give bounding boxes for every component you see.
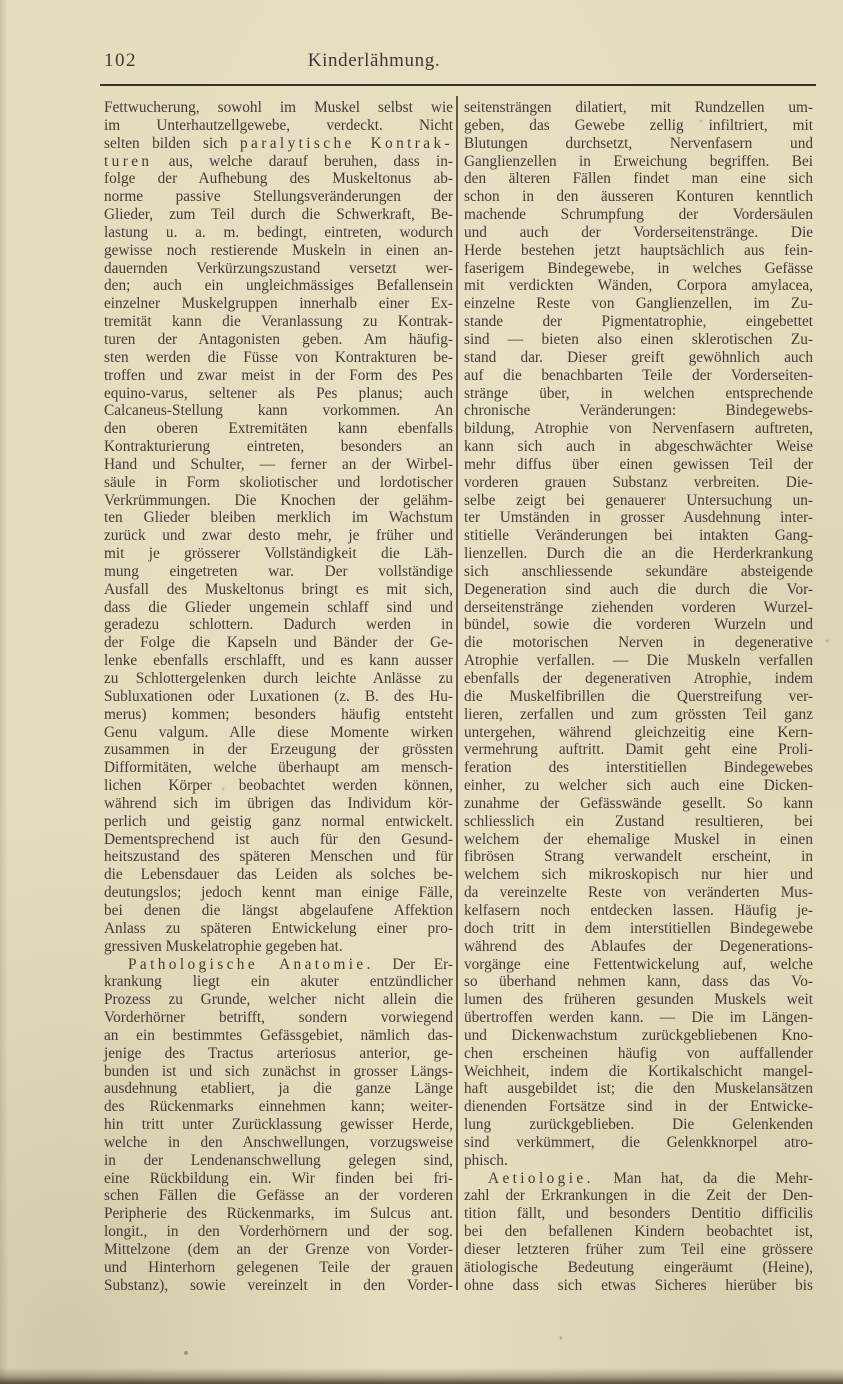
text-segment: einher, zu welcher sich auch eine Dicken… [464,777,813,794]
text-line: der Folge die Kapseln und Bänder der Ge- [104,634,453,652]
text-segment: Blutungen durchsetzt, Nervenfasern und [464,135,813,152]
text-segment: Calcaneus-Stellung kann vorkommen. An [104,402,453,419]
text-line: perlich und geistig ganz normal entwicke… [104,813,453,831]
text-segment: sind verkümmert, die Gelenkknorpel atro- [464,1134,813,1151]
letterspaced-term: Aetiologie. [488,1170,594,1187]
text-line: welche in den Anschwellungen, vorzugswei… [104,1134,453,1152]
text-segment: Degeneration sind auch die durch die Vor… [464,581,813,598]
text-line: Substanz), sowie vereinzelt in den Vorde… [104,1277,453,1295]
text-segment: tremität kann die Veranlassung zu Kontra… [104,313,453,330]
text-line: folge der Aufhebung des Muskeltonus ab- [104,170,453,188]
text-line: deutungslos; jedoch kennt man einige Fäl… [104,884,453,902]
text-segment: haft ausgebildet ist; die den Muskelansä… [464,1080,813,1097]
text-segment: untergehen, während gleichzeitig eine Ke… [464,724,813,741]
text-segment: Fettwucherung, sowohl im Muskel selbst w… [104,99,453,116]
text-segment: Der Er- [374,956,453,973]
text-line: bündel, sowie die vorderen Wurzeln und [464,616,813,634]
text-line: faserigem Bindegewebe, in welches Gefäss… [464,260,813,278]
text-line: turen aus, welche darauf beruhen, dass i… [104,153,453,171]
text-line: bildung, Atrophie von Nervenfasern auftr… [464,420,813,438]
text-segment: heitszustand des späteren Menschen und f… [104,848,453,865]
page-edge-shadow-left [0,0,8,1384]
text-line: Vorderhörner betrifft, sondern vorwiegen… [104,1009,453,1027]
text-line: eine Rückbildung ein. Wir finden bei fri… [104,1170,453,1188]
text-line: schliesslich ein Zustand resultieren, be… [464,813,813,831]
text-line: chronische Veränderungen: Bindegewebs- [464,402,813,420]
text-segment: der Folge die Kapseln und Bänder der Ge- [104,634,453,651]
text-segment: bildung, Atrophie von Nervenfasern auftr… [464,420,813,437]
text-segment: ätiologische Bedeutung eingeräumt (Heine… [464,1259,813,1276]
text-segment: Atrophie verfallen. — Die Muskeln verfal… [464,652,813,669]
text-line: einher, zu welcher sich auch eine Dicken… [464,777,813,795]
text-line: merus) kommen; besonders häufig entsteht [104,706,453,724]
text-segment: derseitenstränge ziehenden vorderen Wurz… [464,599,813,616]
text-line: die Muskelfibrillen die Querstreifung ve… [464,688,813,706]
text-segment: folge der Aufhebung des Muskeltonus ab- [104,170,453,187]
text-line: machende Schrumpfung der Vordersäulen [464,206,813,224]
text-line: die motorischen Nerven in degenerative [464,634,813,652]
text-line: Dementsprechend ist auch für den Gesund- [104,831,453,849]
text-line: phisch. [464,1152,813,1170]
text-segment: hin tritt unter Zurücklassung gewisser H… [104,1116,453,1133]
text-segment: Verkrümmungen. Die Knochen der gelähm- [104,492,453,509]
column-left: Fettwucherung, sowohl im Muskel selbst w… [104,99,453,1295]
text-line: dieser letzteren früher zum Teil eine gr… [464,1241,813,1259]
page-edge-shadow-bottom [0,1368,843,1384]
text-line: gewisse noch restierende Muskeln in eine… [104,242,453,260]
text-line: jenige des Tractus arteriosus anterior, … [104,1045,453,1063]
text-line: bei denen die längst abgelaufene Affekti… [104,902,453,920]
text-segment: welchem der ehemalige Muskel in einen [464,831,813,848]
text-segment: Kontrakturierung eintreten, besonders an [104,438,453,455]
text-segment: im Unterhautzellgewebe, verdeckt. Nicht [104,117,453,134]
text-line: welchem der ehemalige Muskel in einen [464,831,813,849]
text-line: sind verkümmert, die Gelenkknorpel atro- [464,1134,813,1152]
text-line: säule in Form skoliotischer und lordotis… [104,474,453,492]
text-line: geben, das Gewebe zellig infiltriert, mi… [464,117,813,135]
text-line: ohne dass sich etwas Sicheres hierüber b… [464,1277,813,1295]
text-segment: zahl der Erkrankungen in die Zeit der De… [464,1187,813,1204]
column-right: seitensträngen dilatiert, mit Rundzellen… [464,99,813,1295]
text-segment: während des Ablaufes der Degenerations- [464,938,813,955]
text-line: Blutungen durchsetzt, Nervenfasern und [464,135,813,153]
text-line: seitensträngen dilatiert, mit Rundzellen… [464,99,813,117]
text-segment: ebenfalls der degenerativen Atrophie, in… [464,670,813,687]
text-segment: norme passive Stellungsveränderungen der [104,188,453,205]
text-segment: dauernden Verkürzungszustand versetzt we… [104,260,453,277]
text-line: dauernden Verkürzungszustand versetzt we… [104,260,453,278]
text-line: stande der Pigmentatrophie, eingebettet [464,313,813,331]
header-rule [100,84,816,86]
text-line: haft ausgebildet ist; die den Muskelansä… [464,1080,813,1098]
text-line: sind — bieten also einen sklerotischen Z… [464,331,813,349]
text-segment: zusammen in der Erzeugung der grössten [104,741,453,758]
text-line: und Dickenwachstum zurückgebliebenen Kno… [464,1027,813,1045]
running-title: Kinderlähmung. [0,50,748,72]
text-line: lumen des früheren gesunden Muskels weit [464,991,813,1009]
text-segment: einzelner Muskelgruppen innerhalb einer … [104,295,453,312]
text-segment: Dementsprechend ist auch für den Gesund- [104,831,453,848]
text-line: Glieder, zum Teil durch die Schwerkraft,… [104,206,453,224]
text-line: Hand und Schulter, — ferner an der Wirbe… [104,456,453,474]
text-segment: Genu valgum. Alle diese Momente wirken [104,724,453,741]
text-segment: ter Umständen in grosser Ausdehnung inte… [464,509,813,526]
text-line: kann sich auch in abgeschwächter Weise [464,438,813,456]
text-line: Weichheit, indem die Kortikalschicht man… [464,1063,813,1081]
text-segment: vorderen grauen Substanz verbreiten. Die… [464,474,813,491]
text-segment: feration des interstitiellen Bindegewebe… [464,759,813,776]
text-segment: Ganglienzellen in Erweichung begriffen. … [464,153,813,170]
text-line: zahl der Erkrankungen in die Zeit der De… [464,1187,813,1205]
text-segment: zurück und zwar desto mehr, je früher un… [104,527,453,544]
text-line: equino-varus, seltener als Pes planus; a… [104,385,453,403]
text-segment: machende Schrumpfung der Vordersäulen [464,206,813,223]
text-line: Ausfall des Muskeltonus bringt es mit si… [104,581,453,599]
text-line: lung zurückgeblieben. Die Gelenkenden [464,1116,813,1134]
text-line: gressiven Muskelatrophie gegeben hat. [104,938,453,956]
text-line: Subluxationen oder Luxationen (z. B. des… [104,688,453,706]
text-line: zusammen in der Erzeugung der grössten [104,741,453,759]
text-line: zunahme der Gefässwände gesellt. So kann [464,795,813,813]
text-segment: stande der Pigmentatrophie, eingebettet [464,313,813,330]
text-segment: fibrösen Strang verwandelt erscheint, in [464,848,813,865]
text-line: an ein bestimmtes Gefässgebiet, nämlich … [104,1027,453,1045]
text-line: da vereinzelte Reste von veränderten Mus… [464,884,813,902]
text-segment: longit., in den Vorderhörnern und der so… [104,1223,453,1240]
text-line: Mittelzone (dem an der Grenze von Vorder… [104,1241,453,1259]
text-line: mit verdickten Wänden, Corpora amylacea, [464,277,813,295]
text-line: mit je grösserer Vollständigkeit die Läh… [104,545,453,563]
text-line: übertroffen werden kann. — Die im Längen… [464,1009,813,1027]
text-line: hin tritt unter Zurücklassung gewisser H… [104,1116,453,1134]
text-line: feration des interstitiellen Bindegewebe… [464,759,813,777]
text-line: den oberen Extremitäten kann ebenfalls [104,420,453,438]
text-segment: gressiven Muskelatrophie gegeben hat. [104,938,343,955]
text-line: des Rückenmarks einnehmen kann; weiter- [104,1098,453,1116]
text-line: selbe zeigt bei genauerer Untersuchung u… [464,492,813,510]
text-line: turen der Antagonisten geben. Am häufig- [104,331,453,349]
text-line: vorderen grauen Substanz verbreiten. Die… [464,474,813,492]
text-line: norme passive Stellungsveränderungen der [104,188,453,206]
text-line: stand dar. Dieser greift gewöhnlich auch [464,349,813,367]
text-line: dass die Glieder ungemein schlaff sind u… [104,599,453,617]
text-segment: bei denen die längst abgelaufene Affekti… [104,902,453,919]
text-segment: jenige des Tractus arteriosus anterior, … [104,1045,453,1062]
text-segment: gewisse noch restierende Muskeln in eine… [104,242,453,259]
text-segment: bündel, sowie die vorderen Wurzeln und [464,616,813,633]
text-segment: sten werden die Füsse von Kontrakturen b… [104,349,453,366]
book-page: 102 Kinderlähmung. Fettwucherung, sowohl… [0,0,843,1384]
text-segment: und Dickenwachstum zurückgebliebenen Kno… [464,1027,813,1044]
text-line: chen erscheinen häufig von auffallender [464,1045,813,1063]
text-segment: schliesslich ein Zustand resultieren, be… [464,813,813,830]
text-line: Ganglienzellen in Erweichung begriffen. … [464,153,813,171]
text-segment: vermehrung auftritt. Damit geht eine Pro… [464,741,813,758]
text-line: ten Glieder bleiben merklich im Wachstum [104,509,453,527]
text-segment: und auch der Vorderseitenstränge. Die [464,224,813,241]
text-segment: Substanz), sowie vereinzelt in den Vorde… [104,1277,453,1294]
text-line: mehr diffus über einen gewissen Teil der [464,456,813,474]
text-segment: chen erscheinen häufig von auffallender [464,1045,813,1062]
text-segment: selten bilden sich [104,135,240,152]
text-segment: lenke ebenfalls erschlafft, und es kann … [104,652,453,669]
text-segment: geben, das Gewebe zellig infiltriert, mi… [464,117,813,134]
text-segment: Ausfall des Muskeltonus bringt es mit si… [104,581,453,598]
text-line: einzelner Muskelgruppen innerhalb einer … [104,295,453,313]
text-line: Difformitäten, welche überhaupt am mensc… [104,759,453,777]
text-segment: deutungslos; jedoch kennt man einige Fäl… [104,884,453,901]
text-segment: tition fällt, und besonders Dentitio dif… [464,1205,813,1222]
text-segment: schon in den äusseren Konturen kenntlich [464,188,813,205]
text-line: mung eingetreten war. Der vollständige [104,563,453,581]
text-segment: turen der Antagonisten geben. Am häufig- [104,331,453,348]
text-segment: phisch. [464,1152,508,1169]
text-line: auf die benachbarten Teile der Vordersei… [464,367,813,385]
text-segment: Glieder, zum Teil durch die Schwerkraft,… [104,206,453,223]
text-line: geradezu schlottern. Dadurch werden in [104,616,453,634]
text-line: in der Lendenanschwellung gelegen sind, [104,1152,453,1170]
text-line: vorgänge eine Fettentwickelung auf, welc… [464,956,813,974]
text-line: lichen Körper beobachtet werden können, [104,777,453,795]
text-line: fibrösen Strang verwandelt erscheint, in [464,848,813,866]
text-line: ebenfalls der degenerativen Atrophie, in… [464,670,813,688]
text-segment: mit je grösserer Vollständigkeit die Läh… [104,545,453,562]
text-segment: die Lebensdauer das Leiden als solches b… [104,866,453,883]
text-segment: Vorderhörner betrifft, sondern vorwiegen… [104,1009,453,1026]
text-segment: perlich und geistig ganz normal entwicke… [104,813,453,830]
text-segment: den; auch ein ungleichmässiges Befallens… [104,277,453,294]
text-line: lienzellen. Durch die an die Herderkrank… [464,545,813,563]
text-segment: vorgänge eine Fettentwickelung auf, welc… [464,956,813,973]
text-line: schon in den äusseren Konturen kenntlich [464,188,813,206]
text-line: bei den befallenen Kindern beobachtet is… [464,1223,813,1241]
text-line: krankung liegt ein akuter entzündlicher [104,973,453,991]
text-segment: Weichheit, indem die Kortikalschicht man… [464,1063,813,1080]
text-segment: aus, welche darauf beruhen, dass in- [152,153,453,170]
text-segment: chronische Veränderungen: Bindegewebs- [464,402,813,419]
text-segment: equino-varus, seltener als Pes planus; a… [104,385,453,402]
text-line: und auch der Vorderseitenstränge. Die [464,224,813,242]
text-line: Fettwucherung, sowohl im Muskel selbst w… [104,99,453,117]
text-line: longit., in den Vorderhörnern und der so… [104,1223,453,1241]
text-segment: schen Fällen die Gefässe an der vorderen [104,1187,453,1204]
text-segment: kelfasern noch entdecken lassen. Häufig … [464,902,813,919]
text-line: ter Umständen in grosser Ausdehnung inte… [464,509,813,527]
paper-specks [0,0,2,2]
text-line: Aetiologie. Man hat, da die Mehr- [464,1170,813,1188]
text-segment: Peripherie des Rückenmarks, im Sulcus an… [104,1205,453,1222]
text-line: heitszustand des späteren Menschen und f… [104,848,453,866]
text-line: kelfasern noch entdecken lassen. Häufig … [464,902,813,920]
text-segment: mit verdickten Wänden, Corpora amylacea, [464,277,813,294]
text-line: stitielle Veränderungen bei intakten Gan… [464,527,813,545]
column-divider [456,96,458,1290]
text-segment: stand dar. Dieser greift gewöhnlich auch [464,349,813,366]
text-segment: dieser letzteren früher zum Teil eine gr… [464,1241,813,1258]
text-segment: Prozess zu Grunde, welcher nicht allein … [104,991,453,1008]
text-line: sten werden die Füsse von Kontrakturen b… [104,349,453,367]
text-segment: und Hinterhorn gelegenen Teile der graue… [104,1259,453,1276]
text-line: schen Fällen die Gefässe an der vorderen [104,1187,453,1205]
text-line: Kontrakturierung eintreten, besonders an [104,438,453,456]
text-segment: einzelne Reste von Ganglienzellen, im Zu… [464,295,813,312]
text-segment: ten Glieder bleiben merklich im Wachstum [104,509,453,526]
text-segment: bei den befallenen Kindern beobachtet is… [464,1223,813,1240]
text-segment: an ein bestimmtes Gefässgebiet, nämlich … [104,1027,453,1044]
text-segment: kann sich auch in abgeschwächter Weise [464,438,813,455]
letterspaced-term: Pathologische Anatomie. [128,956,374,973]
text-segment: doch tritt in dem interstitiellen Bindeg… [464,920,813,937]
text-segment: lumen des früheren gesunden Muskels weit [464,991,813,1008]
text-line: einzelne Reste von Ganglienzellen, im Zu… [464,295,813,313]
text-line: den älteren Fällen findet man eine sich [464,170,813,188]
text-segment: lieren, zerfallen und zum grössten Teil … [464,706,813,723]
letterspaced-term: paralytische Kontrak- [240,135,453,152]
text-line: dienenden Fortsätze sind in der Entwicke… [464,1098,813,1116]
text-segment: geradezu schlottern. Dadurch werden in [104,616,453,633]
text-line: Pathologische Anatomie. Der Er- [104,956,453,974]
text-segment: krankung liegt ein akuter entzündlicher [104,973,453,990]
text-segment: die motorischen Nerven in degenerative [464,634,813,651]
text-segment: Anlass zu späteren Entwickelung einer pr… [104,920,453,937]
text-segment: die Muskelfibrillen die Querstreifung ve… [464,688,813,705]
text-segment: in der Lendenanschwellung gelegen sind, [104,1152,453,1169]
text-line: vermehrung auftritt. Damit geht eine Pro… [464,741,813,759]
text-segment: welche in den Anschwellungen, vorzugswei… [104,1134,453,1151]
text-segment: troffen und zwar meist in der Form des P… [104,367,453,384]
text-line: zu Schlottergelenken durch leichte Anläs… [104,670,453,688]
text-line: Anlass zu späteren Entwickelung einer pr… [104,920,453,938]
text-line: tition fällt, und besonders Dentitio dif… [464,1205,813,1223]
text-line: so überhand nehmen kann, dass das Vo- [464,973,813,991]
text-line: bunden ist und sich zunächst in grosser … [104,1063,453,1081]
text-segment: ohne dass sich etwas Sicheres hierüber b… [464,1277,813,1294]
text-line: doch tritt in dem interstitiellen Bindeg… [464,920,813,938]
text-segment: stitielle Veränderungen bei intakten Gan… [464,527,813,544]
text-line: den; auch ein ungleichmässiges Befallens… [104,277,453,295]
text-line: selten bilden sich paralytische Kontrak- [104,135,453,153]
text-segment: mung eingetreten war. Der vollständige [104,563,453,580]
text-line: Peripherie des Rückenmarks, im Sulcus an… [104,1205,453,1223]
text-segment: dienenden Fortsätze sind in der Entwicke… [464,1098,813,1115]
text-line: ätiologische Bedeutung eingeräumt (Heine… [464,1259,813,1277]
text-line: Genu valgum. Alle diese Momente wirken [104,724,453,742]
text-segment: Man hat, da die Mehr- [594,1170,813,1187]
text-line: während sich im übrigen das Individum kö… [104,795,453,813]
text-segment: Difformitäten, welche überhaupt am mensc… [104,759,453,776]
text-line: zurück und zwar desto mehr, je früher un… [104,527,453,545]
text-line: Degeneration sind auch die durch die Vor… [464,581,813,599]
text-segment: lienzellen. Durch die an die Herderkrank… [464,545,813,562]
text-line: Prozess zu Grunde, welcher nicht allein … [104,991,453,1009]
text-segment: Hand und Schulter, — ferner an der Wirbe… [104,456,453,473]
text-line: ausdehnung etabliert, ja die ganze Länge [104,1080,453,1098]
text-line: lieren, zerfallen und zum grössten Teil … [464,706,813,724]
text-segment: welchem sich mikroskopisch nur hier und [464,866,813,883]
text-segment: übertroffen werden kann. — Die im Längen… [464,1009,813,1026]
text-segment: da vereinzelte Reste von veränderten Mus… [464,884,813,901]
text-line: tremität kann die Veranlassung zu Kontra… [104,313,453,331]
text-segment: bunden ist und sich zunächst in grosser … [104,1063,453,1080]
text-line: untergehen, während gleichzeitig eine Ke… [464,724,813,742]
text-segment: zunahme der Gefässwände gesellt. So kann [464,795,813,812]
text-segment: so überhand nehmen kann, dass das Vo- [464,973,813,990]
text-segment: selbe zeigt bei genauerer Untersuchung u… [464,492,813,509]
letterspaced-term: turen [104,153,152,170]
text-line: Calcaneus-Stellung kann vorkommen. An [104,402,453,420]
text-segment: lichen Körper beobachtet werden können, [104,777,453,794]
text-segment: lastung u. a. m. bedingt, eintreten, wod… [104,224,453,241]
text-segment: stränge über, in welchen entsprechende [464,385,813,402]
text-line: Herde bestehen jetzt hauptsächlich aus f… [464,242,813,260]
text-segment: auf die benachbarten Teile der Vordersei… [464,367,813,384]
text-segment: zu Schlottergelenken durch leichte Anläs… [104,670,453,687]
text-segment: den älteren Fällen findet man eine sich [464,170,813,187]
text-line: im Unterhautzellgewebe, verdeckt. Nicht [104,117,453,135]
text-segment: Herde bestehen jetzt hauptsächlich aus f… [464,242,813,259]
text-segment: merus) kommen; besonders häufig entsteht [104,706,453,723]
text-line: während des Ablaufes der Degenerations- [464,938,813,956]
text-line: lastung u. a. m. bedingt, eintreten, wod… [104,224,453,242]
text-segment: faserigem Bindegewebe, in welches Gefäss… [464,260,813,277]
text-line: Atrophie verfallen. — Die Muskeln verfal… [464,652,813,670]
text-segment: ausdehnung etabliert, ja die ganze Länge [104,1080,453,1097]
text-segment: säule in Form skoliotischer und lordotis… [104,474,453,491]
text-line: lenke ebenfalls erschlafft, und es kann … [104,652,453,670]
text-segment: des Rückenmarks einnehmen kann; weiter- [104,1098,453,1115]
text-segment: sich anschliessende sekundäre absteigend… [464,563,813,580]
text-segment: während sich im übrigen das Individum kö… [104,795,453,812]
text-segment: Mittelzone (dem an der Grenze von Vorder… [104,1241,453,1258]
text-segment: eine Rückbildung ein. Wir finden bei fri… [104,1170,453,1187]
text-segment: Subluxationen oder Luxationen (z. B. des… [104,688,453,705]
text-segment: sind — bieten also einen sklerotischen Z… [464,331,813,348]
text-line: welchem sich mikroskopisch nur hier und [464,866,813,884]
text-segment: seitensträngen dilatiert, mit Rundzellen… [464,99,813,116]
text-line: und Hinterhorn gelegenen Teile der graue… [104,1259,453,1277]
text-segment: mehr diffus über einen gewissen Teil der [464,456,813,473]
text-segment: dass die Glieder ungemein schlaff sind u… [104,599,453,616]
text-segment: lung zurückgeblieben. Die Gelenkenden [464,1116,813,1133]
text-line: die Lebensdauer das Leiden als solches b… [104,866,453,884]
text-line: sich anschliessende sekundäre absteigend… [464,563,813,581]
text-segment: den oberen Extremitäten kann ebenfalls [104,420,453,437]
text-line: troffen und zwar meist in der Form des P… [104,367,453,385]
text-line: Verkrümmungen. Die Knochen der gelähm- [104,492,453,510]
text-line: stränge über, in welchen entsprechende [464,385,813,403]
text-line: derseitenstränge ziehenden vorderen Wurz… [464,599,813,617]
